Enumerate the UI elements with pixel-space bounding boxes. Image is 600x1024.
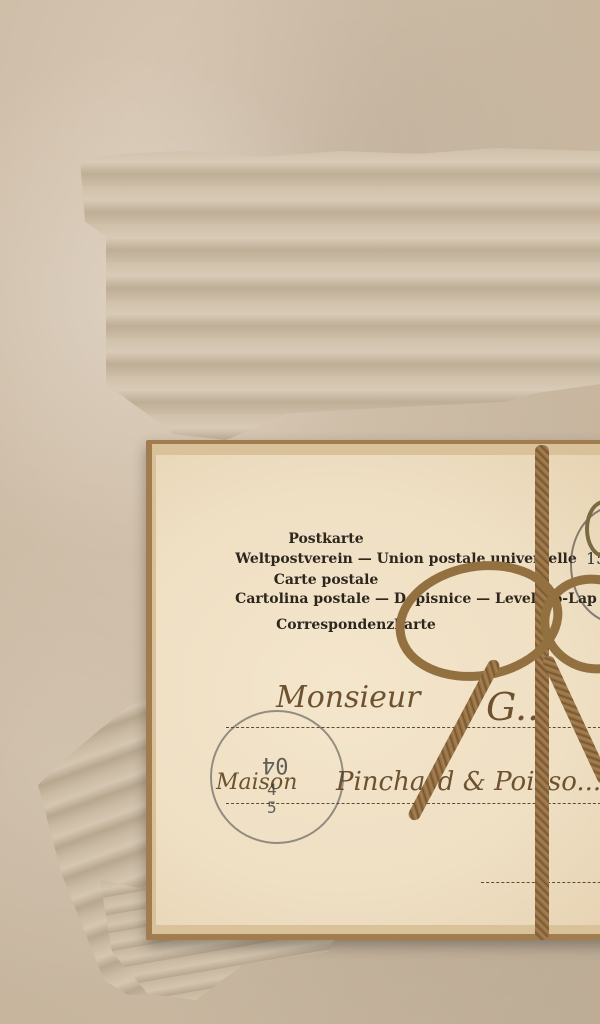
handwriting-monsieur: Monsieur [276,680,421,715]
handwriting-company: Pinchard & Poisso... [336,767,600,797]
postcard-title: Postkarte [96,531,556,547]
postmark-date: 04 [262,752,289,777]
postcard: Postkarte Weltpostverein — Union postale… [156,455,600,925]
twine-vertical [535,445,549,940]
postmark-day: 4 [267,780,277,799]
postmark-number: 5 [267,798,277,817]
postmark-stamp: 04 4 5 [210,710,344,844]
